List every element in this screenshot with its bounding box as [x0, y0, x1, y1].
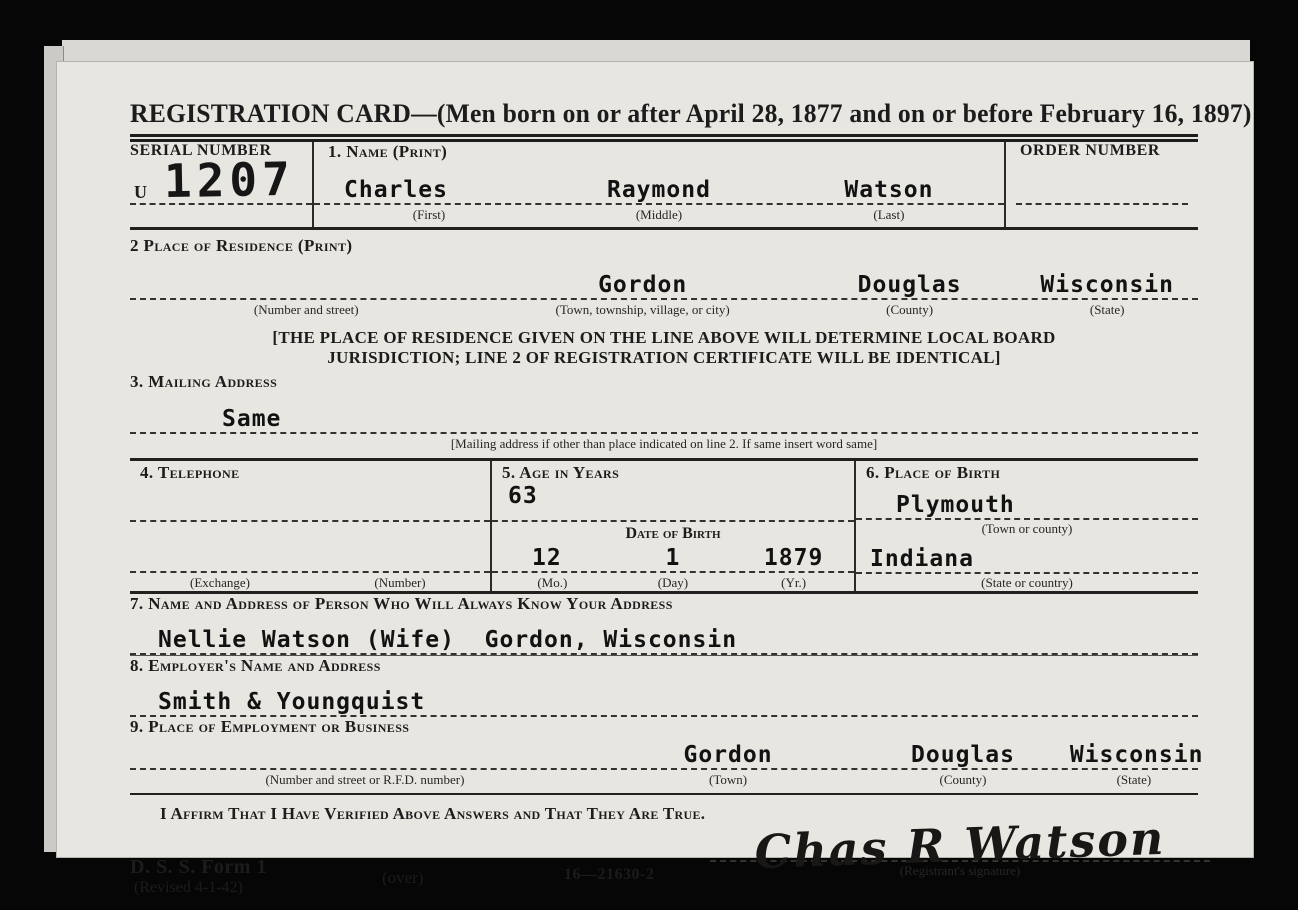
- print-code: 16—21630-2: [564, 856, 654, 884]
- title-divider: [130, 134, 1198, 142]
- form-footer: D. S. S. Form 1 (Revised 4-1-42) (over) …: [130, 856, 654, 897]
- residence-county-caption: (County): [803, 302, 1017, 324]
- contact-person-value: Nellie Watson (Wife) Gordon, Wisconsin: [130, 614, 1198, 655]
- over-note: (over): [382, 856, 564, 888]
- serial-number-field: U 1207: [130, 160, 312, 205]
- name-first-value: Charles: [314, 177, 544, 203]
- birth-day-caption: (Day): [613, 575, 734, 591]
- residence-state-value: Wisconsin: [1016, 272, 1198, 298]
- employment-county-value: Douglas: [856, 742, 1070, 768]
- form-name: D. S. S. Form 1: [130, 856, 382, 879]
- employment-state-caption: (State): [1070, 772, 1198, 793]
- mailing-label: 3. Mailing Address: [130, 372, 1198, 392]
- residence-state-caption: (State): [1016, 302, 1198, 324]
- employer-label: 8. Employer's Name and Address: [130, 656, 1198, 676]
- form-revision: (Revised 4-1-42): [130, 879, 382, 897]
- telephone-section: 4. Telephone (Exchange) (Number): [130, 461, 492, 591]
- name-middle-value: Raymond: [544, 177, 774, 203]
- card-footer-area: I Affirm That I Have Verified Above Answ…: [130, 795, 1198, 901]
- residence-county-value: Douglas: [803, 272, 1017, 298]
- birth-state-value: Indiana: [856, 537, 1198, 573]
- birth-year-caption: (Yr.): [733, 575, 854, 591]
- date-of-birth-label: Date of Birth: [492, 525, 854, 543]
- residence-town-value: Gordon: [482, 272, 802, 298]
- contact-person-section: 7. Name and Address of Person Who Will A…: [130, 594, 1198, 656]
- employment-label: 9. Place of Employment or Business: [130, 717, 1198, 737]
- employment-town-caption: (Town): [600, 772, 856, 793]
- employer-section: 8. Employer's Name and Address Smith & Y…: [130, 656, 1198, 717]
- age-value: 63: [492, 483, 854, 509]
- telephone-number-caption: (Number): [310, 575, 490, 591]
- contact-person-label: 7. Name and Address of Person Who Will A…: [130, 594, 1198, 614]
- residence-section: 2 Place of Residence (Print) Gordon Doug…: [130, 230, 1198, 324]
- name-last-value: Watson: [774, 177, 1004, 203]
- name-section: 1. Name (Print) Charles Raymond Watson (…: [312, 142, 1006, 227]
- mailing-section: 3. Mailing Address Same [Mailing address…: [130, 370, 1198, 461]
- age-section: 5. Age in Years 63 Date of Birth 12 1 18…: [492, 461, 856, 591]
- order-number-field: [1006, 160, 1198, 205]
- name-field: Charles Raymond Watson: [314, 162, 1004, 205]
- signature-block: Chas R Watson (Registrant's signature): [710, 818, 1210, 879]
- jurisdiction-note-line1: [THE PLACE OF RESIDENCE GIVEN ON THE LIN…: [130, 328, 1198, 348]
- order-number-label: Order Number: [1006, 142, 1198, 160]
- serial-prefix: U: [130, 182, 147, 203]
- serial-number-stamp: 1207: [164, 152, 296, 208]
- residence-field: Gordon Douglas Wisconsin: [130, 256, 1198, 300]
- residence-label: 2 Place of Residence (Print): [130, 236, 1198, 256]
- employment-street-caption: (Number and street or R.F.D. number): [130, 772, 600, 793]
- birth-year-value: 1879: [733, 545, 854, 571]
- birth-state-caption: (State or country): [856, 574, 1198, 591]
- birth-month-value: 12: [492, 545, 613, 571]
- employment-state-value: Wisconsin: [1070, 742, 1198, 768]
- birth-day-value: 1: [613, 545, 734, 571]
- name-last-caption: (Last): [774, 207, 1004, 223]
- serial-number-section: Serial Number U 1207: [130, 142, 312, 227]
- place-of-birth-label: 6. Place of Birth: [856, 461, 1198, 483]
- row-telephone-age-birth: 4. Telephone (Exchange) (Number) 5. Age …: [130, 461, 1198, 594]
- order-number-section: Order Number: [1006, 142, 1198, 227]
- employment-county-caption: (County): [856, 772, 1070, 793]
- birth-town-value: Plymouth: [856, 483, 1198, 518]
- birth-month-caption: (Mo.): [492, 575, 613, 591]
- place-of-birth-section: 6. Place of Birth Plymouth (Town or coun…: [856, 461, 1198, 591]
- form-identifier: D. S. S. Form 1 (Revised 4-1-42): [130, 856, 382, 897]
- jurisdiction-note-line2: JURISDICTION; LINE 2 OF REGISTRATION CER…: [130, 348, 1198, 368]
- telephone-exchange-caption: (Exchange): [130, 575, 310, 591]
- row-serial-name-order: Serial Number U 1207 1. Name (Print) Cha…: [130, 142, 1198, 230]
- telephone-label: 4. Telephone: [130, 461, 490, 483]
- card-title: REGISTRATION CARD—(Men born on or after …: [130, 99, 1182, 129]
- mailing-value: Same: [222, 406, 281, 432]
- mailing-caption: [Mailing address if other than place ind…: [130, 434, 1198, 458]
- residence-street-caption: (Number and street): [130, 302, 482, 324]
- jurisdiction-note: [THE PLACE OF RESIDENCE GIVEN ON THE LIN…: [130, 324, 1198, 370]
- birth-town-caption: (Town or county): [856, 520, 1198, 537]
- name-first-caption: (First): [314, 207, 544, 223]
- employer-value: Smith & Youngquist: [130, 676, 1198, 717]
- employment-town-value: Gordon: [600, 742, 856, 768]
- registration-card: REGISTRATION CARD—(Men born on or after …: [56, 61, 1254, 858]
- employment-section: 9. Place of Employment or Business Gordo…: [130, 717, 1198, 795]
- age-label: 5. Age in Years: [492, 461, 854, 483]
- name-middle-caption: (Middle): [544, 207, 774, 223]
- date-of-birth-field: Date of Birth 12 1 1879: [492, 522, 854, 573]
- name-label: 1. Name (Print): [314, 142, 1004, 162]
- residence-town-caption: (Town, township, village, or city): [482, 302, 802, 324]
